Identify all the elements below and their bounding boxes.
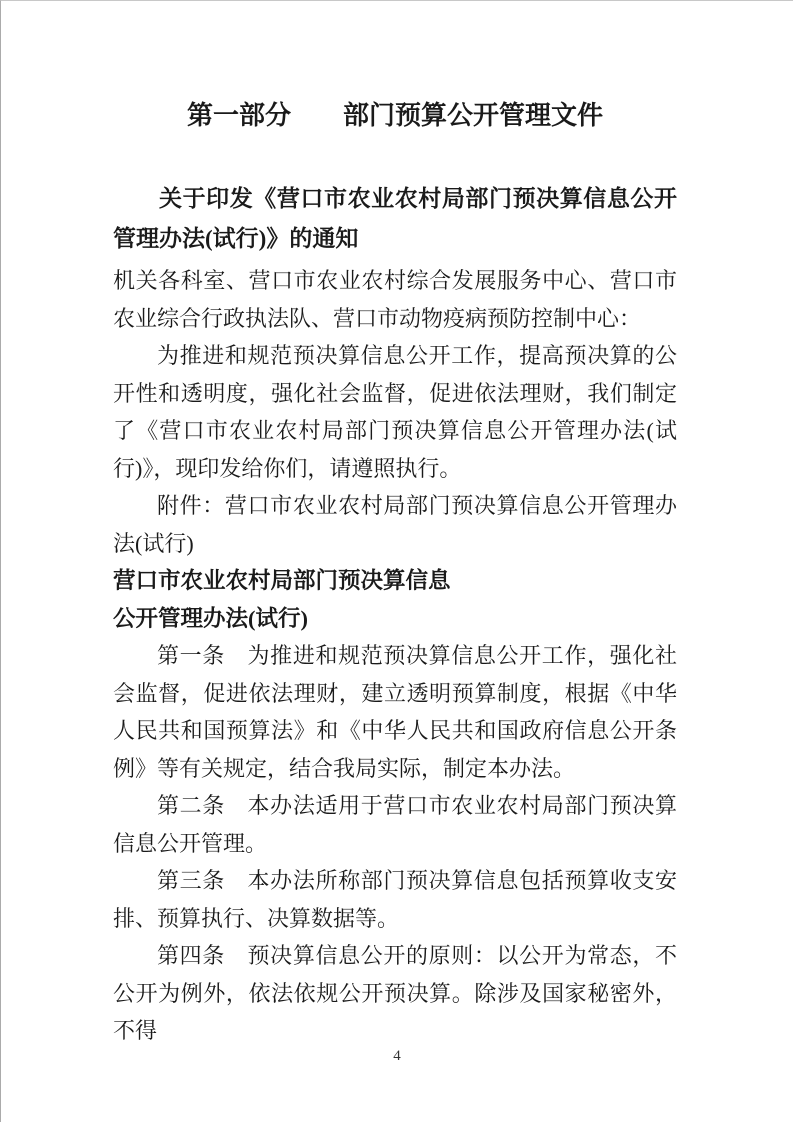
measure-title-line-2: 公开管理办法(试行) (113, 600, 677, 638)
notice-body-paragraph: 为推进和规范预决算信息公开工作，提高预决算的公开性和透明度，强化社会监督，促进依… (113, 337, 677, 487)
section-title-text: 部门预算公开管理文件 (343, 99, 603, 133)
article-3: 第三条 本办法所称部门预决算信息包括预算收支安排、预算执行、决算数据等。 (113, 862, 677, 937)
page-number: 4 (1, 1048, 793, 1064)
attachment-line: 附件：营口市农业农村局部门预决算信息公开管理办法(试行) (113, 487, 677, 562)
section-heading: 第一部分 部门预算公开管理文件 (113, 99, 677, 133)
notice-title: 关于印发《营口市农业农村局部门预决算信息公开管理办法(试行)》的通知 (113, 179, 677, 259)
article-4-truncated: 第四条 预决算信息公开的原则：以公开为常态，不公开为例外，依法依规公开预决算。除… (113, 937, 677, 1050)
notice-recipients: 机关各科室、营口市农业农村综合发展服务中心、营口市农业综合行政执法队、营口市动物… (113, 262, 677, 337)
section-part-label: 第一部分 (187, 99, 291, 133)
document-page: 第一部分 部门预算公开管理文件 关于印发《营口市农业农村局部门预决算信息公开管理… (0, 0, 793, 1122)
article-1: 第一条 为推进和规范预决算信息公开工作，强化社会监督，促进依法理财，建立透明预算… (113, 637, 677, 787)
article-2: 第二条 本办法适用于营口市农业农村局部门预决算信息公开管理。 (113, 787, 677, 862)
measure-title-line-1: 营口市农业农村局部门预决算信息 (113, 562, 677, 600)
